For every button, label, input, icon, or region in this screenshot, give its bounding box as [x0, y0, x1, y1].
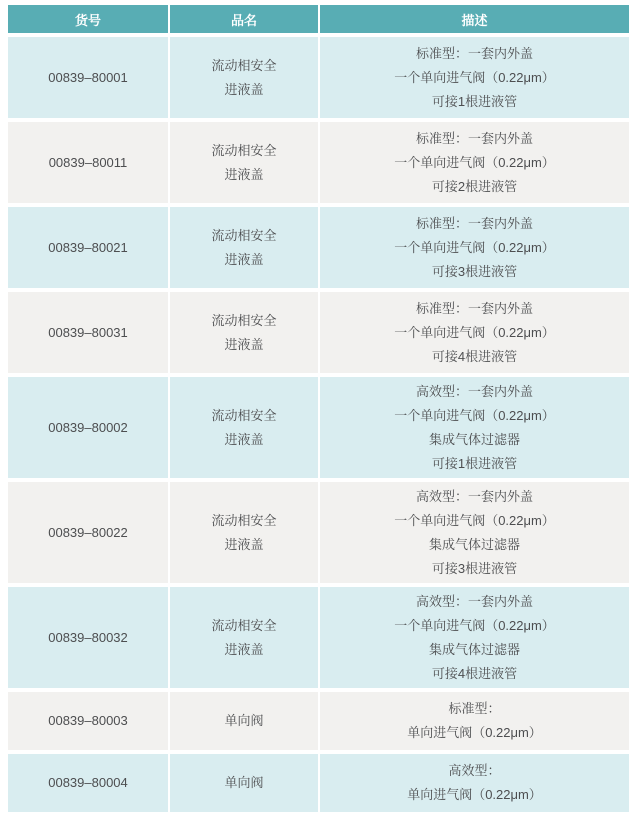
product-name-cell: 流动相安全 进液盖: [170, 482, 318, 583]
description-line: 一个单向进气阀（0.22μm）: [394, 509, 555, 533]
product-name-line: 单向阀: [224, 771, 263, 795]
product-name-cell: 流动相安全 进液盖: [170, 377, 318, 478]
description-line: 标准型：一套内外盖: [416, 127, 533, 151]
description-line: 高效型：一套内外盖: [416, 485, 533, 509]
description-line: 一个单向进气阀（0.22μm）: [394, 66, 555, 90]
header-cell-item-no: 货号: [8, 5, 168, 33]
description-line: 可接2根进液管: [432, 175, 517, 199]
description-cell: 高效型： 单向进气阀（0.22μm）: [320, 754, 629, 812]
description-cell: 标准型：一套内外盖 一个单向进气阀（0.22μm） 可接4根进液管: [320, 292, 629, 373]
product-name-line: 进液盖: [224, 428, 263, 452]
product-name-line: 进液盖: [224, 533, 263, 557]
description-line: 一个单向进气阀（0.22μm）: [394, 321, 555, 345]
description-line: 一个单向进气阀（0.22μm）: [394, 404, 555, 428]
description-line: 一个单向进气阀（0.22μm）: [394, 614, 555, 638]
item-no-cell: 00839–80031: [8, 292, 168, 373]
description-line: 可接1根进液管: [432, 90, 517, 114]
item-no: 00839–80003: [48, 709, 128, 733]
description-cell: 标准型： 单向进气阀（0.22μm）: [320, 692, 629, 750]
table-row: 00839–80011 流动相安全 进液盖 标准型：一套内外盖 一个单向进气阀（…: [8, 122, 629, 203]
description-line: 标准型：一套内外盖: [416, 42, 533, 66]
header-label-product-name: 品名: [231, 10, 257, 29]
item-no: 00839–80021: [48, 236, 128, 260]
description-line: 可接4根进液管: [432, 662, 517, 686]
description-cell: 高效型：一套内外盖 一个单向进气阀（0.22μm） 集成气体过滤器 可接4根进液…: [320, 587, 629, 688]
header-cell-product-name: 品名: [170, 5, 318, 33]
product-name-line: 流动相安全: [211, 224, 276, 248]
description-line: 标准型：一套内外盖: [416, 297, 533, 321]
product-name-line: 流动相安全: [211, 509, 276, 533]
product-name-line: 单向阀: [224, 709, 263, 733]
product-name-cell: 流动相安全 进液盖: [170, 292, 318, 373]
product-name-cell: 流动相安全 进液盖: [170, 122, 318, 203]
product-name-line: 流动相安全: [211, 309, 276, 333]
header-label-description: 描述: [461, 10, 487, 29]
description-line: 集成气体过滤器: [429, 428, 520, 452]
description-line: 集成气体过滤器: [429, 638, 520, 662]
description-line: 高效型：: [448, 759, 500, 783]
description-line: 高效型：一套内外盖: [416, 380, 533, 404]
item-no: 00839–80022: [48, 521, 128, 545]
item-no-cell: 00839–80011: [8, 122, 168, 203]
description-line: 可接4根进液管: [432, 345, 517, 369]
table-row: 00839–80022 流动相安全 进液盖 高效型：一套内外盖 一个单向进气阀（…: [8, 482, 629, 583]
description-line: 可接3根进液管: [432, 260, 517, 284]
description-cell: 标准型：一套内外盖 一个单向进气阀（0.22μm） 可接3根进液管: [320, 207, 629, 288]
description-cell: 高效型：一套内外盖 一个单向进气阀（0.22μm） 集成气体过滤器 可接3根进液…: [320, 482, 629, 583]
description-cell: 标准型：一套内外盖 一个单向进气阀（0.22μm） 可接1根进液管: [320, 37, 629, 118]
header-label-item-no: 货号: [75, 10, 101, 29]
product-name-cell: 流动相安全 进液盖: [170, 587, 318, 688]
description-line: 集成气体过滤器: [429, 533, 520, 557]
description-cell: 标准型：一套内外盖 一个单向进气阀（0.22μm） 可接2根进液管: [320, 122, 629, 203]
item-no: 00839–80001: [48, 66, 128, 90]
table-row: 00839–80004 单向阀 高效型： 单向进气阀（0.22μm）: [8, 754, 629, 812]
description-line: 单向进气阀（0.22μm）: [407, 721, 542, 745]
description-line: 一个单向进气阀（0.22μm）: [394, 151, 555, 175]
product-name-line: 流动相安全: [211, 139, 276, 163]
item-no: 00839–80002: [48, 416, 128, 440]
item-no: 00839–80031: [48, 321, 128, 345]
header-cell-description: 描述: [320, 5, 629, 33]
description-line: 标准型：: [448, 697, 500, 721]
item-no-cell: 00839–80002: [8, 377, 168, 478]
item-no: 00839–80011: [49, 151, 128, 175]
item-no-cell: 00839–80004: [8, 754, 168, 812]
product-name-cell: 单向阀: [170, 692, 318, 750]
item-no: 00839–80004: [48, 771, 128, 795]
product-name-line: 流动相安全: [211, 54, 276, 78]
product-name-cell: 流动相安全 进液盖: [170, 37, 318, 118]
product-name-cell: 单向阀: [170, 754, 318, 812]
table-row: 00839–80021 流动相安全 进液盖 标准型：一套内外盖 一个单向进气阀（…: [8, 207, 629, 288]
table-row: 00839–80002 流动相安全 进液盖 高效型：一套内外盖 一个单向进气阀（…: [8, 377, 629, 478]
description-line: 一个单向进气阀（0.22μm）: [394, 236, 555, 260]
product-name-line: 流动相安全: [211, 404, 276, 428]
description-line: 高效型：一套内外盖: [416, 590, 533, 614]
item-no: 00839–80032: [48, 626, 128, 650]
item-no-cell: 00839–80001: [8, 37, 168, 118]
item-no-cell: 00839–80021: [8, 207, 168, 288]
description-line: 标准型：一套内外盖: [416, 212, 533, 236]
table-header-row: 货号 品名 描述: [8, 5, 629, 33]
product-name-line: 进液盖: [224, 248, 263, 272]
product-table: 货号 品名 描述 00839–80001 流动相安全 进液盖 标准型：一套内外盖…: [8, 5, 629, 812]
table-row: 00839–80003 单向阀 标准型： 单向进气阀（0.22μm）: [8, 692, 629, 750]
product-name-cell: 流动相安全 进液盖: [170, 207, 318, 288]
table-row: 00839–80001 流动相安全 进液盖 标准型：一套内外盖 一个单向进气阀（…: [8, 37, 629, 118]
product-name-line: 进液盖: [224, 163, 263, 187]
product-name-line: 进液盖: [224, 78, 263, 102]
description-line: 可接1根进液管: [432, 452, 517, 476]
table-row: 00839–80032 流动相安全 进液盖 高效型：一套内外盖 一个单向进气阀（…: [8, 587, 629, 688]
item-no-cell: 00839–80003: [8, 692, 168, 750]
item-no-cell: 00839–80032: [8, 587, 168, 688]
item-no-cell: 00839–80022: [8, 482, 168, 583]
description-line: 可接3根进液管: [432, 557, 517, 581]
product-name-line: 进液盖: [224, 333, 263, 357]
description-cell: 高效型：一套内外盖 一个单向进气阀（0.22μm） 集成气体过滤器 可接1根进液…: [320, 377, 629, 478]
product-name-line: 进液盖: [224, 638, 263, 662]
product-name-line: 流动相安全: [211, 614, 276, 638]
description-line: 单向进气阀（0.22μm）: [407, 783, 542, 807]
table-row: 00839–80031 流动相安全 进液盖 标准型：一套内外盖 一个单向进气阀（…: [8, 292, 629, 373]
